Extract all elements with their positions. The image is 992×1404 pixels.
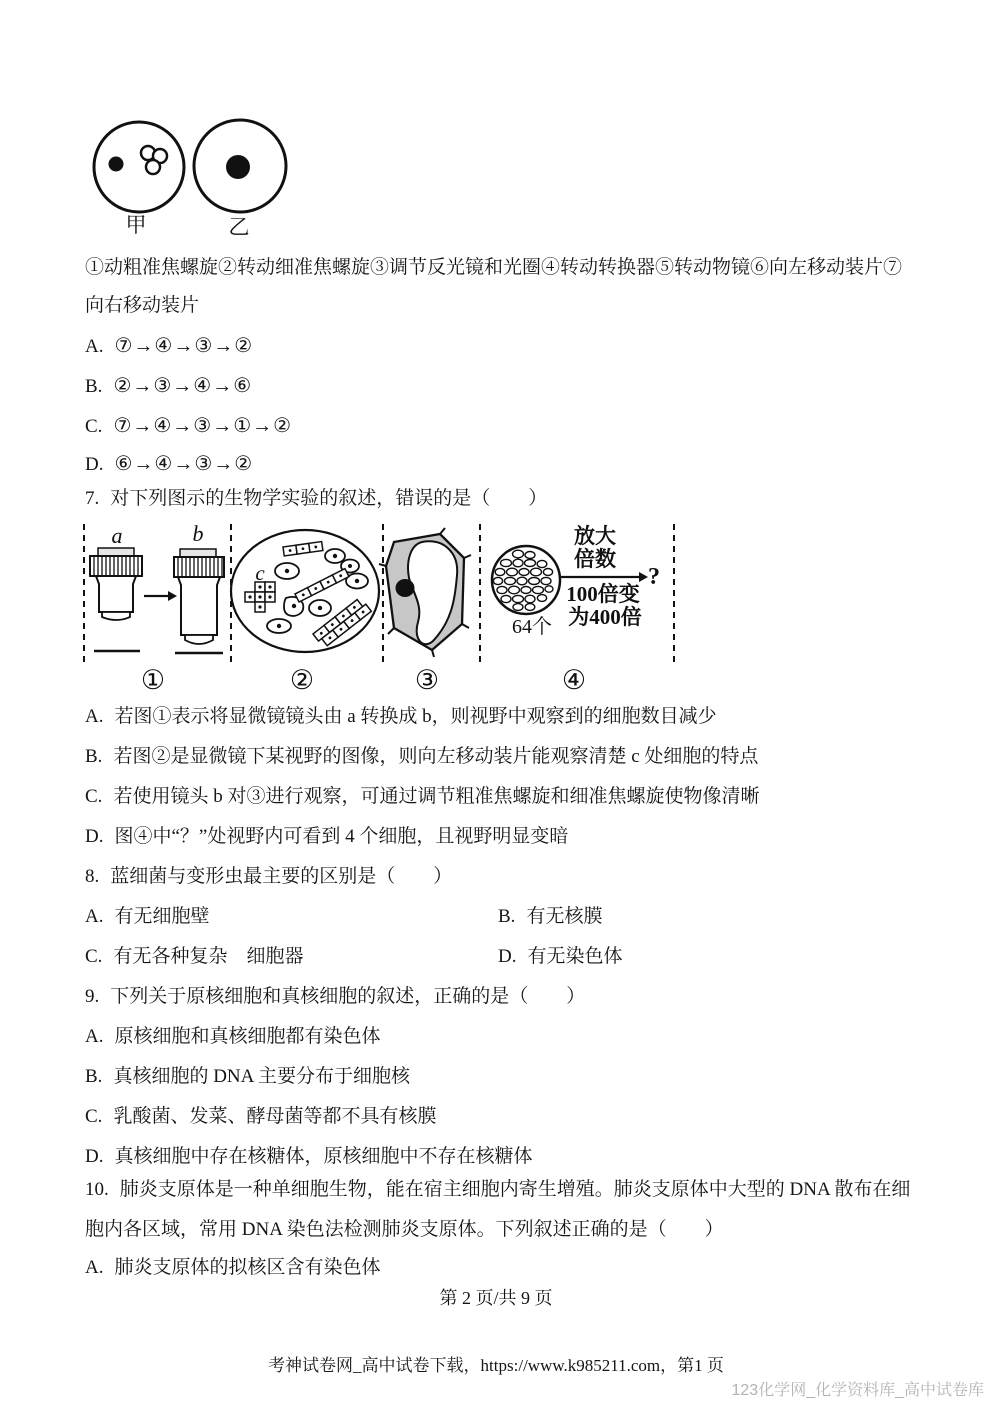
option-8b-text: 有无核膜 <box>526 906 602 927</box>
panel-3-plant-cell: ③ <box>379 528 471 695</box>
option-6b: B.②→③→④→⑥ <box>85 374 252 399</box>
objective-a-drawing <box>90 548 142 651</box>
option-7c-text: 若使用镜头 b 对③进行观察，可通过调节粗准焦螺旋和细准焦螺旋使物像清晰 <box>113 786 759 807</box>
question-9-text: 下列关于原核细胞和真核细胞的叙述，正确的是（ ） <box>110 986 585 1007</box>
option-9c-text: 乳酸菌、发菜、酵母菌等都不具有核膜 <box>113 1106 436 1127</box>
cell-jia-outline <box>94 122 184 212</box>
cell-count-label: 64个 <box>512 615 552 638</box>
question-7-number: 7. <box>85 487 99 511</box>
option-9c-label: C. <box>85 1105 102 1129</box>
option-7d: D.图④中“？”处视野内可看到 4 个细胞，且视野明显变暗 <box>85 825 568 849</box>
panel-2-caption: ② <box>290 665 314 695</box>
objective-b-drawing <box>174 549 224 653</box>
objective-a-label: a <box>112 523 123 548</box>
option-6a: A.⑦→④→③→② <box>85 334 253 359</box>
option-9b-label: B. <box>85 1065 102 1089</box>
option-7d-text: 图④中“？”处视野内可看到 4 个细胞，且视野明显变暗 <box>114 826 568 847</box>
magnify-arrow-head <box>639 572 648 582</box>
option-7c-label: C. <box>85 785 102 809</box>
option-8d-label: D. <box>498 945 516 969</box>
option-9a-label: A. <box>85 1025 103 1049</box>
option-6c-text: ⑦→④→③→①→② <box>113 415 292 437</box>
option-6a-text: ⑦→④→③→② <box>114 335 253 357</box>
option-9b-text: 真核细胞的 DNA 主要分布于细胞核 <box>113 1066 410 1087</box>
panel-3-caption: ③ <box>415 665 439 695</box>
option-8a-label: A. <box>85 905 103 929</box>
option-10a-label: A. <box>85 1256 103 1280</box>
option-8c-label: C. <box>85 945 102 969</box>
option-9b: B.真核细胞的 DNA 主要分布于细胞核 <box>85 1065 410 1089</box>
option-7a: A.若图①表示将显微镜镜头由 a 转换成 b，则视野中观察到的细胞数目减少 <box>85 705 717 729</box>
cell-jia-cluster-3 <box>146 160 160 174</box>
option-7c: C.若使用镜头 b 对③进行观察，可通过调节粗准焦螺旋和细准焦螺旋使物像清晰 <box>85 785 759 809</box>
option-9a: A.原核细胞和真核细胞都有染色体 <box>85 1025 381 1049</box>
panel-4-magnification: 64个 放大 倍数 ? 100倍变 为400倍 ④ <box>492 524 660 695</box>
option-8d: D.有无染色体 <box>498 945 623 969</box>
label-jia: 甲 <box>126 213 147 237</box>
exam-page: 甲 乙 ①动粗准焦螺旋②转动细准焦螺旋③调节反光镜和光圈④转动转换器⑤转动物镜⑥… <box>0 0 992 1404</box>
magnify-word-bottom: 倍数 <box>574 547 616 571</box>
question-8-text: 蓝细菌与变形虫最主要的区别是（ ） <box>110 866 452 887</box>
option-8a-text: 有无细胞壁 <box>114 906 209 927</box>
watermark-text: 123化学网_化学资料库_高中试卷库 <box>732 1377 985 1400</box>
option-9a-text: 原核细胞和真核细胞都有染色体 <box>114 1026 380 1047</box>
question-10-text: 肺炎支原体是一种单细胞生物，能在宿主细胞内寄生增殖。肺炎支原体中大型的 DNA … <box>85 1179 910 1240</box>
panel-1-caption: ① <box>141 665 165 695</box>
magnify-change-top: 100倍变 <box>566 582 640 606</box>
question-10-number: 10. <box>85 1170 109 1210</box>
option-6d-text: ⑥→④→③→② <box>114 453 253 475</box>
label-yi: 乙 <box>229 215 250 239</box>
option-6a-label: A. <box>85 335 103 359</box>
magnify-question-mark: ? <box>648 564 660 590</box>
option-6b-text: ②→③→④→⑥ <box>113 375 252 397</box>
transform-arrow <box>144 591 177 601</box>
option-9d-text: 真核细胞中存在核糖体，原核细胞中不存在核糖体 <box>114 1146 532 1167</box>
question-7-text: 对下列图示的生物学实验的叙述，错误的是（ ） <box>110 488 547 509</box>
option-9d-label: D. <box>85 1145 103 1169</box>
option-7b: B.若图②是显微镜下某视野的图像，则向左移动装片能观察清楚 c 处细胞的特点 <box>85 745 758 769</box>
steps-paragraph: ①动粗准焦螺旋②转动细准焦螺旋③调节反光镜和光圈④转动转换器⑤转动物镜⑥向左移动… <box>85 249 917 325</box>
panel-2-field-of-view: c <box>231 530 379 695</box>
cell-yi-dot <box>226 155 250 179</box>
figure-q7-experiments: a b <box>82 522 682 696</box>
option-7a-text: 若图①表示将显微镜镜头由 a 转换成 b，则视野中观察到的细胞数目减少 <box>114 706 716 727</box>
question-9-stem: 9.下列关于原核细胞和真核细胞的叙述，正确的是（ ） <box>85 985 585 1009</box>
option-8c: C.有无各种复杂 细胞器 <box>85 945 303 969</box>
panel-4-caption: ④ <box>562 665 586 695</box>
filament-top <box>283 542 323 556</box>
magnify-word-top: 放大 <box>574 524 616 548</box>
panel-1-objectives: a b <box>90 522 224 695</box>
option-8b-label: B. <box>498 905 515 929</box>
question-8-number: 8. <box>85 865 99 889</box>
option-6b-label: B. <box>85 375 102 399</box>
option-7d-label: D. <box>85 825 103 849</box>
option-6d-label: D. <box>85 453 103 477</box>
figure-cells-jia-yi: 甲 乙 <box>88 110 300 242</box>
option-9c: C.乳酸菌、发菜、酵母菌等都不具有核膜 <box>85 1105 436 1129</box>
nucleus <box>396 579 415 597</box>
question-10-stem: 10.肺炎支原体是一种单细胞生物，能在宿主细胞内寄生增殖。肺炎支原体中大型的 D… <box>85 1170 913 1250</box>
objective-b-label: b <box>193 522 204 546</box>
page-indicator: 第 2 页/共 9 页 <box>0 1284 992 1310</box>
option-8a: A.有无细胞壁 <box>85 905 210 929</box>
option-7b-label: B. <box>85 745 102 769</box>
option-7b-text: 若图②是显微镜下某视野的图像，则向左移动装片能观察清楚 c 处细胞的特点 <box>113 746 758 767</box>
option-10a: A.肺炎支原体的拟核区含有染色体 <box>85 1256 381 1280</box>
question-7-stem: 7.对下列图示的生物学实验的叙述，错误的是（ ） <box>85 487 547 511</box>
option-6c-label: C. <box>85 415 102 439</box>
option-8b: B.有无核膜 <box>498 905 602 929</box>
filament-middle <box>295 569 349 602</box>
option-8c-text: 有无各种复杂 细胞器 <box>113 946 303 967</box>
question-8-stem: 8.蓝细菌与变形虫最主要的区别是（ ） <box>85 865 452 889</box>
cell-jia-dot <box>109 157 124 172</box>
option-10a-text: 肺炎支原体的拟核区含有染色体 <box>114 1257 380 1278</box>
site-footer: 考神试卷网_高中试卷下载，https://www.k985211.com，第1 … <box>0 1351 992 1376</box>
option-8d-text: 有无染色体 <box>527 946 622 967</box>
magnify-change-bottom: 为400倍 <box>568 605 642 629</box>
option-6d: D.⑥→④→③→② <box>85 452 253 477</box>
option-7a-label: A. <box>85 705 103 729</box>
option-6c: C.⑦→④→③→①→② <box>85 414 292 439</box>
question-9-number: 9. <box>85 985 99 1009</box>
option-9d: D.真核细胞中存在核糖体，原核细胞中不存在核糖体 <box>85 1145 533 1169</box>
